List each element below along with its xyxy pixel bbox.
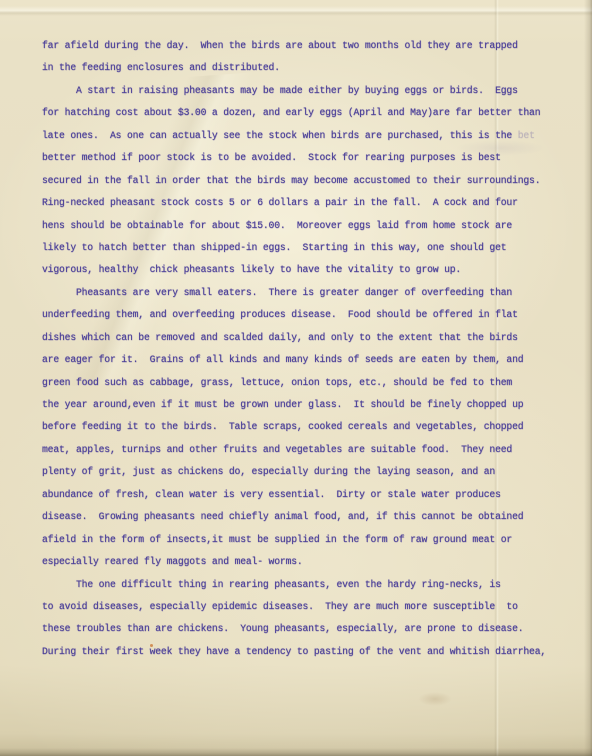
erased-text: bet <box>512 130 535 141</box>
typed-line: before feeding it to the birds. Table sc… <box>42 416 572 438</box>
typed-line: especially reared fly maggots and meal- … <box>42 551 572 573</box>
typed-line: afield in the form of insects,it must be… <box>42 529 572 551</box>
typed-line: plenty of grit, just as chickens do, esp… <box>42 461 572 483</box>
typed-line: Pheasants are very small eaters. There i… <box>42 282 572 304</box>
typed-line: in the feeding enclosures and distribute… <box>42 57 572 79</box>
ink-smudge <box>418 692 452 706</box>
paper-sheet: far afield during the day. When the bird… <box>0 0 592 756</box>
typed-line: A start in raising pheasants may be made… <box>42 80 572 102</box>
typed-line: the year around,even if it must be grown… <box>42 394 572 416</box>
typed-line: far afield during the day. When the bird… <box>42 35 572 57</box>
paper-edge-bottom <box>0 748 592 756</box>
typed-line: likely to hatch better than shipped-in e… <box>42 237 572 259</box>
typed-line: better method if poor stock is to be avo… <box>42 147 572 169</box>
typed-line: to avoid diseases, especially epidemic d… <box>42 596 572 618</box>
typed-line: late ones. As one can actually see the s… <box>42 125 572 147</box>
typed-line: are eager for it. Grains of all kinds an… <box>42 349 572 371</box>
paper-edge-right <box>584 0 592 756</box>
typed-line: meat, apples, turnips and other fruits a… <box>42 439 572 461</box>
typed-line: green food such as cabbage, grass, lettu… <box>42 372 572 394</box>
typed-line: abundance of fresh, clean water is very … <box>42 484 572 506</box>
typed-line: hens should be obtainable for about $15.… <box>42 215 572 237</box>
paper-crease-top <box>0 6 592 16</box>
typed-line: vigorous, healthy chick pheasants likely… <box>42 259 572 281</box>
typed-line: underfeeding them, and overfeeding produ… <box>42 304 572 326</box>
typed-line: Ring-necked pheasant stock costs 5 or 6 … <box>42 192 572 214</box>
typed-line: The one difficult thing in rearing pheas… <box>42 574 572 596</box>
typed-line: dishes which can be removed and scalded … <box>42 327 572 349</box>
typed-line: disease. Growing pheasants need chiefly … <box>42 506 572 528</box>
typed-line: secured in the fall in order that the bi… <box>42 170 572 192</box>
typed-line: for hatching cost about $3.00 a dozen, a… <box>42 102 572 124</box>
typed-line: these troubles than are chickens. Young … <box>42 618 572 640</box>
typed-text-block: far afield during the day. When the bird… <box>42 35 572 663</box>
typed-line: During their first week they have a tend… <box>42 641 572 663</box>
